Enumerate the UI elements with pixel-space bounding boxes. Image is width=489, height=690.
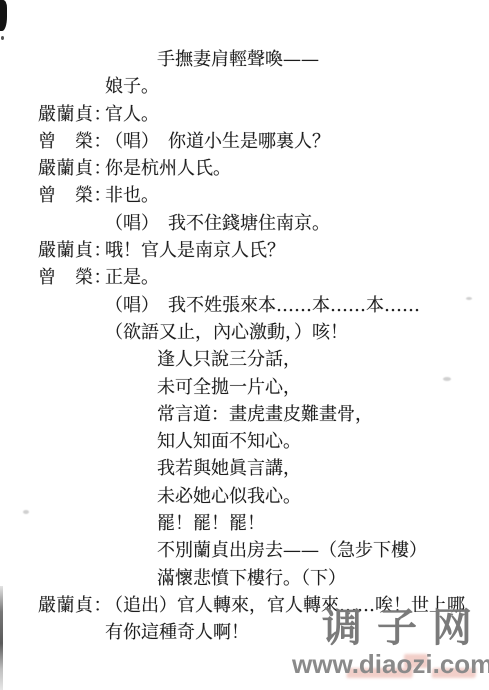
script-line: 曾 榮：（唱） 你道小生是哪裏人？ xyxy=(0,128,489,155)
line-text: （唱） 我不住錢塘住南京。 xyxy=(105,210,489,237)
script-line: 手撫妻肩輕聲喚—— xyxy=(0,46,489,73)
line-text: 未可全拋一片心， xyxy=(157,374,489,401)
script-line: 知人知面不知心。 xyxy=(0,428,489,455)
scan-artifact-ink-speck xyxy=(1,36,4,40)
scanned-script-page: 手撫妻肩輕聲喚——娘子。嚴蘭貞：官人。曾 榮：（唱） 你道小生是哪裏人？嚴蘭貞：… xyxy=(0,0,489,690)
script-line: 我若與她眞言講， xyxy=(0,455,489,482)
speaker-label: 曾 榮： xyxy=(38,128,112,155)
script-line: （唱） 我不姓張來本……本……本…… xyxy=(0,292,489,319)
line-text: 不別蘭貞出房去——（急步下樓） xyxy=(157,537,489,564)
line-text: 知人知面不知心。 xyxy=(157,428,489,455)
script-line: （唱） 我不住錢塘住南京。 xyxy=(0,210,489,237)
speaker-label: 曾 榮： xyxy=(38,182,112,209)
line-text: 我若與她眞言講， xyxy=(157,455,489,482)
script-line: 嚴蘭貞：官人。 xyxy=(0,101,489,128)
line-text: 逢人只說三分話， xyxy=(157,346,489,373)
script-line: 逢人只說三分話， xyxy=(0,346,489,373)
watermark-site-name: 调子网 xyxy=(322,607,487,649)
line-text: （唱） 我不姓張來本……本……本…… xyxy=(105,292,489,319)
script-lines: 手撫妻肩輕聲喚——娘子。嚴蘭貞：官人。曾 榮：（唱） 你道小生是哪裏人？嚴蘭貞：… xyxy=(0,46,489,647)
line-text: 滿懷悲憤下樓行。（下） xyxy=(157,565,489,592)
script-line: 曾 榮：正是。 xyxy=(0,264,489,291)
speaker-label: 嚴蘭貞： xyxy=(38,237,112,264)
script-line: 娘子。 xyxy=(0,73,489,100)
speaker-label: 嚴蘭貞： xyxy=(38,101,112,128)
script-line: 滿懷悲憤下樓行。（下） xyxy=(0,565,489,592)
line-text: 哦！官人是南京人氏？ xyxy=(105,237,489,264)
script-line: （欲語又止，內心激動，）咳！ xyxy=(0,319,489,346)
line-text: （欲語又止，內心激動，）咳！ xyxy=(105,319,489,346)
line-text: 常言道：畫虎畫皮難畫骨， xyxy=(157,401,489,428)
line-text: 娘子。 xyxy=(105,73,489,100)
script-line: 常言道：畫虎畫皮難畫骨， xyxy=(0,401,489,428)
line-text: 非也。 xyxy=(105,182,489,209)
scan-artifact-top-left-ink-blob xyxy=(0,0,7,31)
line-text: （唱） 你道小生是哪裏人？ xyxy=(105,128,489,155)
script-line: 罷！罷！罷！ xyxy=(0,510,489,537)
line-text: 未必她心似我心。 xyxy=(157,483,489,510)
line-text: 罷！罷！罷！ xyxy=(157,510,489,537)
script-line: 未必她心似我心。 xyxy=(0,483,489,510)
line-text: 你是杭州人氏。 xyxy=(105,155,489,182)
script-line: 未可全拋一片心， xyxy=(0,374,489,401)
line-text: 手撫妻肩輕聲喚—— xyxy=(157,46,489,73)
speaker-label: 嚴蘭貞： xyxy=(38,155,112,182)
line-text: 正是。 xyxy=(105,264,489,291)
line-text: 官人。 xyxy=(105,101,489,128)
watermark-site-url: www.diaozi.com xyxy=(292,651,489,678)
script-line: 嚴蘭貞：你是杭州人氏。 xyxy=(0,155,489,182)
speaker-label: 曾 榮： xyxy=(38,264,112,291)
script-line: 曾 榮：非也。 xyxy=(0,182,489,209)
speaker-label: 嚴蘭貞： xyxy=(38,592,112,619)
script-line: 不別蘭貞出房去——（急步下樓） xyxy=(0,537,489,564)
script-line: 嚴蘭貞：哦！官人是南京人氏？ xyxy=(0,237,489,264)
